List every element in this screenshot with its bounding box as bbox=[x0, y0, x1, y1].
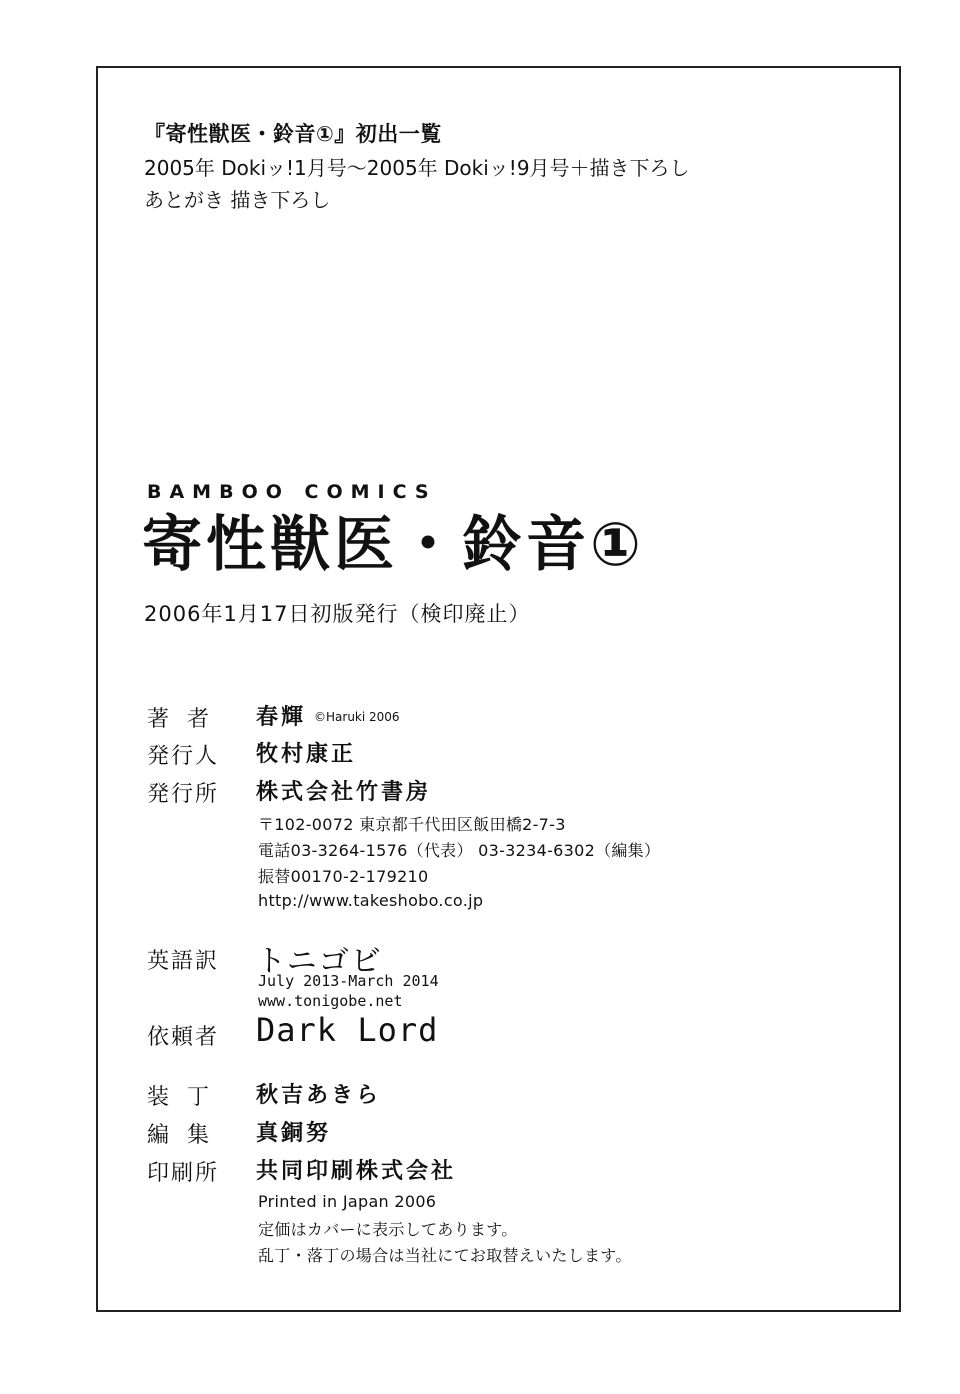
author-copyright: ©Haruki 2006 bbox=[314, 710, 400, 724]
label-publisher: 発行所 bbox=[147, 777, 219, 808]
label-requester: 依頼者 bbox=[147, 1020, 219, 1051]
first-appearance-line: 2005年 Dokiッ!1月号〜2005年 Dokiッ!9月号＋描き下ろし bbox=[144, 152, 690, 181]
publisher-phone: 電話03-3264-1576（代表） 03-3234-6302（編集） bbox=[258, 838, 660, 861]
first-appearance-line: あとがき 描き下ろし bbox=[144, 184, 330, 213]
value-printer: 共同印刷株式会社 bbox=[256, 1154, 456, 1185]
printed-in: Printed in Japan 2006 bbox=[258, 1192, 436, 1211]
value-publisher: 株式会社竹書房 bbox=[256, 775, 431, 806]
label-design: 装丁 bbox=[147, 1080, 227, 1111]
value-author: 春輝©Haruki 2006 bbox=[256, 700, 400, 731]
value-editor: 真銅努 bbox=[256, 1116, 331, 1147]
translation-url[interactable]: www.tonigobe.net bbox=[258, 992, 403, 1010]
author-name: 春輝 bbox=[256, 705, 306, 730]
translation-period: July 2013-March 2014 bbox=[258, 972, 439, 990]
first-appearance-title: 『寄性獣医・鈴音①』初出一覧 bbox=[144, 118, 442, 148]
value-design: 秋吉あきら bbox=[256, 1078, 381, 1109]
label-printer: 印刷所 bbox=[147, 1156, 219, 1187]
value-publisher-person: 牧村康正 bbox=[256, 737, 356, 768]
series-name: BAMBOO COMICS bbox=[147, 481, 437, 503]
price-note: 定価はカバーに表示してあります。 bbox=[258, 1217, 518, 1240]
publisher-address: 〒102-0072 東京都千代田区飯田橋2-7-3 bbox=[258, 812, 566, 835]
book-title: 寄性獣医・鈴音① bbox=[142, 515, 645, 575]
publisher-url[interactable]: http://www.takeshobo.co.jp bbox=[258, 891, 483, 910]
label-publisher-person: 発行人 bbox=[147, 739, 219, 770]
value-requester: Dark Lord bbox=[256, 1011, 438, 1049]
defect-note: 乱丁・落丁の場合は当社にてお取替えいたします。 bbox=[258, 1243, 632, 1266]
release-date: 2006年1月17日初版発行（検印廃止） bbox=[144, 598, 531, 628]
label-editor: 編集 bbox=[147, 1118, 227, 1149]
label-translation: 英語訳 bbox=[147, 944, 219, 975]
publisher-transfer: 振替00170-2-179210 bbox=[258, 864, 429, 887]
label-author: 著者 bbox=[147, 702, 227, 733]
